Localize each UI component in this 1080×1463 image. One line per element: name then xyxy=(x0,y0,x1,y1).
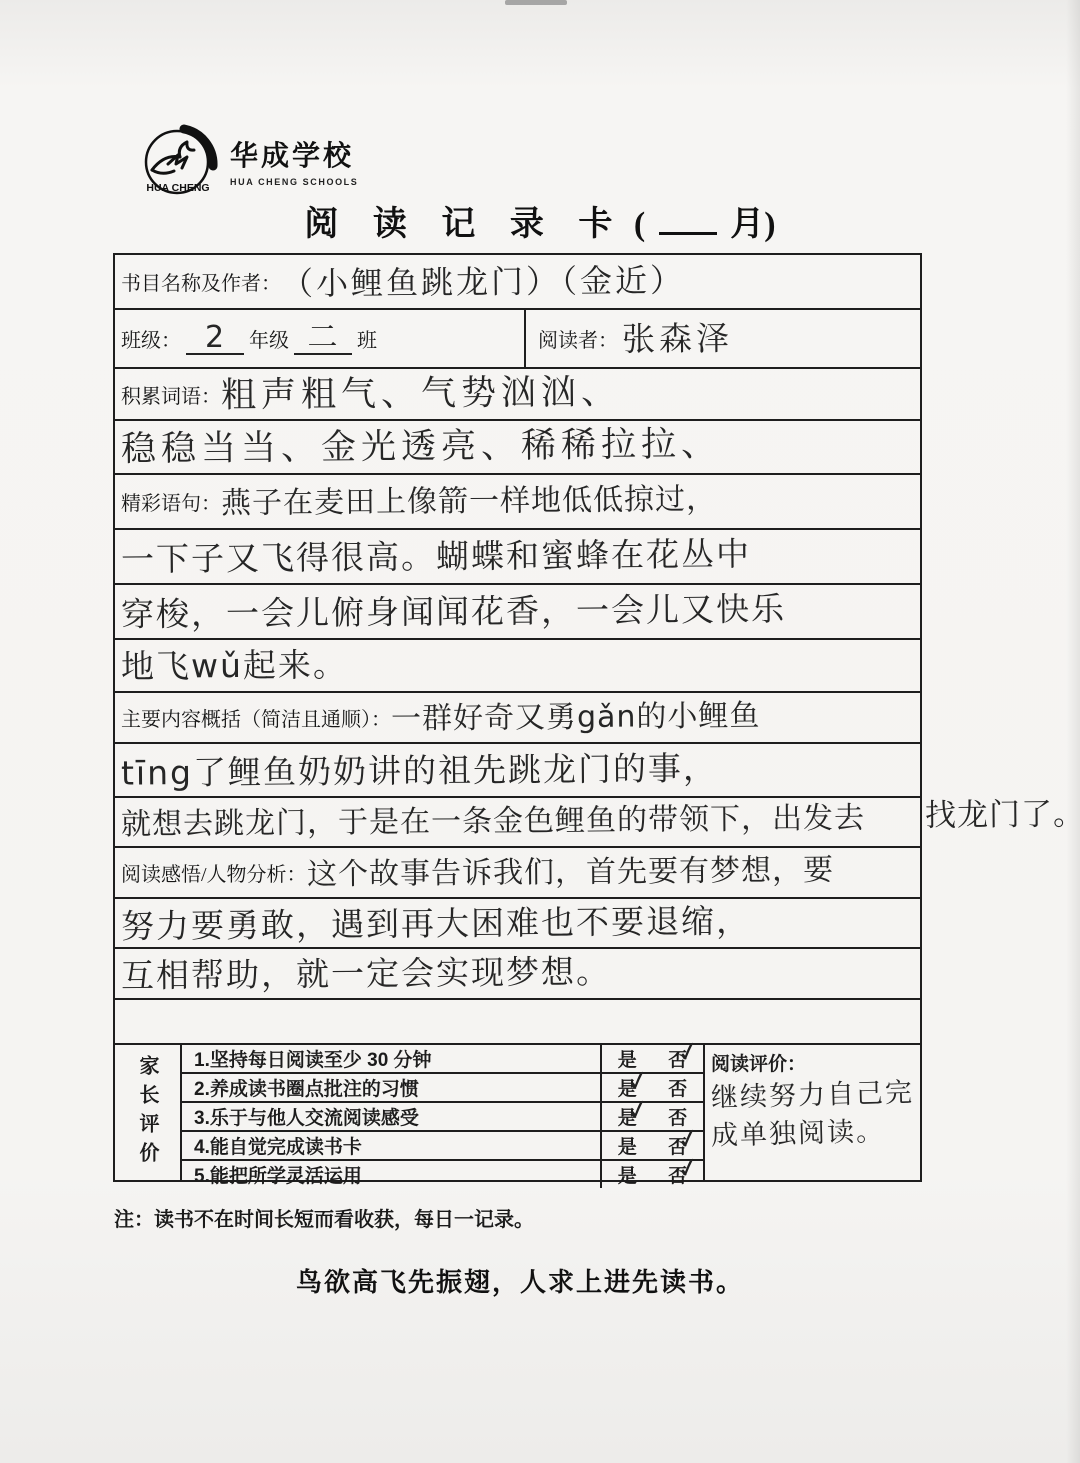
footer-note: 注：读书不在时间长短而看收获，每日一记录。 xyxy=(114,1203,534,1232)
title-suffix: 月) xyxy=(730,206,775,243)
row-summary-1: 主要内容概括（简洁且通顺）： 一群好奇又勇gǎn的小鲤鱼 xyxy=(115,691,920,742)
words-line2-handwriting: 稳稳当当、金光透亮、稀稀拉拉、 xyxy=(121,427,721,467)
checklist-item-text: 4.能自觉完成读书卡 xyxy=(182,1132,600,1159)
checklist-item-text: 3.乐于与他人交流阅读感受 xyxy=(182,1103,600,1130)
class-blank: 二 xyxy=(294,323,352,355)
book-label: 书目名称及作者： xyxy=(121,267,281,296)
logo-circle-caption: HUA CHENG xyxy=(146,182,209,194)
reader-label: 阅读者： xyxy=(538,324,618,353)
reflection-line3-handwriting: 互相帮助，就一定会实现梦想。 xyxy=(121,955,611,992)
summary-label: 主要内容概括（简洁且通顺）： xyxy=(121,703,391,732)
yes-no-cell: 是 否✓ xyxy=(600,1045,703,1072)
book-value-handwriting: （小鲤鱼跳龙门）（金近） xyxy=(281,264,685,300)
summary-line3-handwriting: 就想去跳龙门，于是在一条金色鲤鱼的带领下，出发去 xyxy=(121,804,865,840)
yes-no-cell: 是 否✓ xyxy=(600,1161,703,1188)
school-logo: HUA CHENG 华成学校 HUA CHENG SCHOOLS xyxy=(138,122,358,204)
checklist-row: 5.能把所学灵活运用 是 否✓ xyxy=(182,1159,703,1188)
school-name-en: HUA CHENG SCHOOLS xyxy=(230,177,358,187)
words-line1-handwriting: 粗声粗气、气势汹汹、 xyxy=(221,375,621,413)
row-class-reader: 班级： 2 年级 二 班 阅读者： 张森泽 xyxy=(115,308,920,367)
reading-record-table: 书目名称及作者： （小鲤鱼跳龙门）（金近） 班级： 2 年级 二 班 阅读者： … xyxy=(113,253,922,1182)
sentences-line2-handwriting: 一下子又飞得很高。蝴蝶和蜜蜂在花丛中 xyxy=(121,537,751,575)
summary-overflow-handwriting: 找龙门了。 xyxy=(925,799,1080,831)
yes-option: 是 xyxy=(618,1161,637,1188)
row-sentences-4: 地飞wǔ起来。 xyxy=(115,638,920,691)
reflection-line2-handwriting: 努力要勇敢，遇到再大困难也不要退缩， xyxy=(121,904,751,942)
row-words-2: 稳稳当当、金光透亮、稀稀拉拉、 xyxy=(115,419,920,473)
row-reflection-3: 互相帮助，就一定会实现梦想。 xyxy=(115,947,920,998)
row-reflection-2: 努力要勇敢，遇到再大困难也不要退缩， xyxy=(115,897,920,947)
reflection-label: 阅读感悟/人物分析： xyxy=(121,858,307,887)
page-title: 阅 读 记 录 卡 ( 月) xyxy=(0,196,1080,245)
sentences-label: 精彩语句： xyxy=(121,487,221,516)
reflection-line1-handwriting: 这个故事告诉我们，首先要有梦想，要 xyxy=(306,855,833,890)
grade-blank: 2 xyxy=(186,323,244,355)
row-summary-2: tīng了鲤鱼奶奶讲的祖先跳龙门的事， xyxy=(115,742,920,796)
no-option: 否✓ xyxy=(668,1161,687,1188)
parent-eval-side-label: 家长评价 xyxy=(115,1045,182,1180)
checklist-row: 3.乐于与他人交流阅读感受 是✓ 否 xyxy=(182,1101,703,1130)
summary-line1-handwriting: 一群好奇又勇gǎn的小鲤鱼 xyxy=(391,701,761,734)
row-sentences-3: 穿梭，一会儿俯身闻闻花香，一会儿又快乐 xyxy=(115,583,920,638)
reading-eval-comment-line2: 成单独阅读。 xyxy=(711,1114,915,1156)
class-label: 班级： xyxy=(121,324,181,353)
row-reflection-1: 阅读感悟/人物分析： 这个故事告诉我们，首先要有梦想，要 xyxy=(115,846,920,897)
yes-option: 是✓ xyxy=(618,1103,637,1130)
checklist-item-text: 5.能把所学灵活运用 xyxy=(182,1161,600,1188)
dove-icon: HUA CHENG xyxy=(138,122,220,204)
row-empty xyxy=(115,998,920,1043)
reading-eval-label: 阅读评价： xyxy=(711,1049,914,1076)
checklist-item-text: 1.坚持每日阅读至少 30 分钟 xyxy=(182,1045,600,1072)
cell-divider xyxy=(524,310,526,367)
grade-label: 年级 xyxy=(249,324,289,353)
school-name: 华成学校 xyxy=(230,134,358,174)
reader-value-handwriting: 张森泽 xyxy=(622,322,733,356)
row-sentences-1: 精彩语句： 燕子在麦田上像箭一样地低低掠过， xyxy=(115,473,920,528)
sentences-line4-handwriting: 地飞wǔ起来。 xyxy=(121,648,348,683)
checklist-item-text: 2.养成读书圈点批注的习惯 xyxy=(182,1074,600,1101)
title-text: 阅 读 记 录 卡 xyxy=(304,206,625,243)
summary-line2-handwriting: tīng了鲤鱼奶奶讲的祖先跳龙门的事， xyxy=(121,751,718,789)
checklist-row: 4.能自觉完成读书卡 是 否✓ xyxy=(182,1130,703,1159)
sentences-line3-handwriting: 穿梭，一会儿俯身闻闻花香，一会儿又快乐 xyxy=(121,592,786,631)
grade-value-handwriting: 2 xyxy=(205,320,225,355)
sentences-line1-handwriting: 燕子在麦田上像箭一样地低低掠过， xyxy=(221,484,717,518)
reading-eval-comment-line1: 继续努力自己完 xyxy=(711,1075,915,1117)
class-value-handwriting: 二 xyxy=(308,320,339,355)
yes-option: 是 xyxy=(618,1132,637,1159)
row-sentences-2: 一下子又飞得很高。蝴蝶和蜜蜂在花丛中 xyxy=(115,528,920,583)
title-paren-open: ( xyxy=(634,206,645,243)
footer-motto: 鸟欲高飞先振翅，人求上进先读书。 xyxy=(0,1262,1040,1299)
no-option: 否✓ xyxy=(668,1045,687,1072)
ban-label: 班 xyxy=(357,324,377,353)
parent-eval-checklist: 1.坚持每日阅读至少 30 分钟 是 否✓ 2.养成读书圈点批注的习惯 是✓ 否… xyxy=(182,1045,703,1180)
row-words-1: 积累词语： 粗声粗气、气势汹汹、 xyxy=(115,367,920,419)
scan-artifact xyxy=(505,0,567,5)
no-option: 否 xyxy=(668,1074,687,1101)
parent-evaluation-block: 家长评价 1.坚持每日阅读至少 30 分钟 是 否✓ 2.养成读书圈点批注的习惯… xyxy=(115,1043,920,1180)
row-summary-3: 就想去跳龙门，于是在一条金色鲤鱼的带领下，出发去 xyxy=(115,796,920,846)
row-book-title: 书目名称及作者： （小鲤鱼跳龙门）（金近） xyxy=(115,255,920,308)
yes-no-cell: 是✓ 否 xyxy=(600,1074,703,1101)
reading-evaluation-cell: 阅读评价： 继续努力自己完 成单独阅读。 xyxy=(703,1045,920,1180)
words-label: 积累词语： xyxy=(121,380,221,409)
month-blank xyxy=(659,206,717,235)
